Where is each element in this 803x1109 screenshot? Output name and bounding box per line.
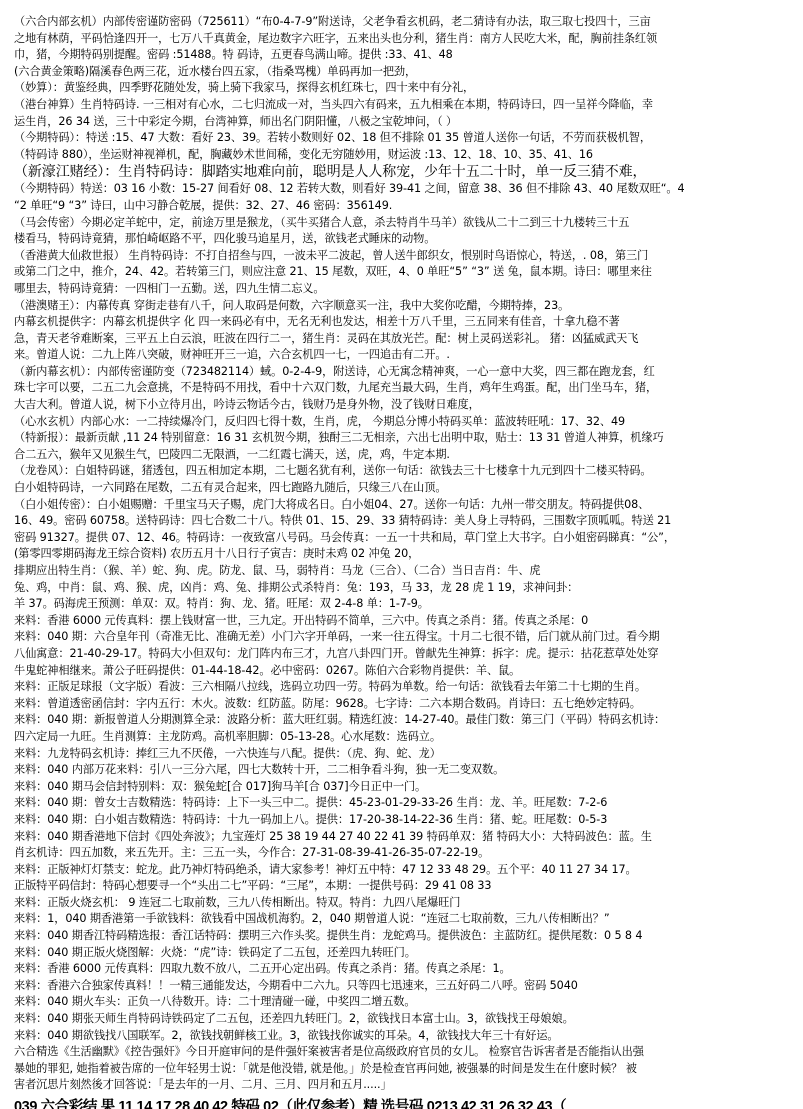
text-line: 八仙寓意：21-40-29-17。特码大小但双句：龙门阵内布三才，九宫八卦四门开…	[14, 646, 795, 663]
text-line: （香港黄大仙救世报） 生肖特码诗：不打自招叁与四，一波未平二波起，曾人送牛郎织女…	[14, 248, 795, 265]
text-line: （港澳赌王）：内幕传真 穿街走巷有八千，问人取码是何数，六字顺意买一注，我中大奖…	[14, 298, 795, 315]
text-line: （心水玄机）内部心水：一二持续爆冷门，反归四七得十数，生肖，虎， 今期总分博小特…	[14, 414, 795, 431]
text-line: （妙算）：黄鉴经典，四季野花随处发，骑上骑下我家马，探得玄机红珠七，四十来中有分…	[14, 80, 795, 97]
text-line: 来料：040 期火车头：正负一八待数开。诗：二十理清碰一碰，中奖四二增五数。	[14, 994, 795, 1011]
text-line: 来料：1，040 期香港第一手欲钱料：欲钱看中国战机海豹。2，040 期曾道人说…	[14, 911, 795, 928]
text-line: 来料：040 期马会信封特别料：双：猴兔蛇[合 017]狗马羊[合 037]今日…	[14, 779, 795, 796]
text-line: 急，青天老爷难断案，三平五上白云浪，旺波在四行二一，猪生肖：灵码在其放光芒。配：…	[14, 331, 795, 348]
text-line: 兔、鸡，中肖：鼠、鸡、猴、虎，凶肖：鸡、兔、排期公式杀特肖：兔：193，马 33…	[14, 580, 795, 597]
text-line: 来料：正版火烧玄机： 9 连冠二七取前数，三九八传相断出。特双。特肖：九四八尾爆…	[14, 895, 795, 912]
document-page: （六合内部玄机）内部传密谨防密码（725611）“布0-4-7-9”附送诗，父老…	[0, 0, 803, 1109]
text-line: 合二五六，猴年又见猴生气，巴陵四二无限酒，一二红霞七满天，送，虎，鸡，牛定本期.	[14, 447, 795, 464]
text-line: 巾，猪，今期特码别提醒。密码 :51488。特 码诗，五更春鸟满山啼。提供 :3…	[14, 47, 795, 64]
text-line: （六合内部玄机）内部传密谨防密码（725611）“布0-4-7-9”附送诗，父老…	[14, 14, 795, 31]
text-line: （白小姐传密）：白小姐赐赠：千里宝马天子赐，虎门大将成名日。白小姐04、27。送…	[14, 497, 795, 514]
text-line: （今期特码）特送：03 16 小数：15-27 间看好 08、12 若转大数，则…	[14, 181, 795, 198]
text-line: 内幕玄机提供字：内幕玄机提供字 化 四一来码必有中，无名无利也发达，相差十万八千…	[14, 314, 795, 331]
text-line: 牛鬼蛇神相继来。萧公子旺码提供：01-44-18-42。必中密码：0267。陈伯…	[14, 663, 795, 680]
text-line: 来料：香港 6000 元传真料：四取九数不放八，二五开心定出码。传真之杀肖：猪。…	[14, 961, 795, 978]
text-line: （特新报）：最新贡献 ,11 24 特别留意：16 31 玄机贺今期，独酎三二无…	[14, 430, 795, 447]
text-line: 来料：040 期香港地下信封《四处奔波》；九宝莲灯 25 38 19 44 27…	[14, 829, 795, 846]
text-line: （马会传密）今期必定羊蛇中，定，前途万里是猴龙，（买牛买猪合人意，杀去特肖牛马羊…	[14, 215, 795, 232]
text-line: 珠七字可以要，二五二九会意挑，不是特码不用找，看中十六双门数，九尾充当最大码，生…	[14, 380, 795, 397]
text-line: 六合精选《生活幽默》《控告强奸》今日开庭审问的是件强奸案被害者是位高级政府官员的…	[14, 1044, 795, 1061]
text-line: 来料：040 期香江特码精选报：香江话特码：摆明三六作头奖。提供生肖：龙蛇鸡马。…	[14, 928, 795, 945]
text-line: 来料：040 期：白小姐吉数精选：特码诗：十九一码加上八。提供：17-20-38…	[14, 812, 795, 829]
text-line: （新内幕玄机）：内部传密谨防变（723482114）蜮。0-2-4-9，附送诗，…	[14, 364, 795, 381]
text-line: 来。曾道人说：二九上阵八突破，财神旺开三一追，六合玄机四一七，一四追击有二开。.	[14, 347, 795, 364]
text-line: 来料：040 期张天师生肖特码诗铁码定了二五包，还差四九转旺门。2，欲钱找日本富…	[14, 1011, 795, 1028]
text-line: 四六定局一九旺。生肖测算：主龙防鸡。高机率胆脚：05-13-28。心水尾数：选码…	[14, 729, 795, 746]
text-line: 来料：040 内部万花来料：引八一三分六尾，四七大数转十开，二二相争看斗狗，独一…	[14, 762, 795, 779]
text-line: 正版特平码信封：特码心想要寻一个“头出二七”平码：“三尾”，本期：一提供号码：2…	[14, 878, 795, 895]
text-line: （龙卷风）：白姐特码谜，猪透包，四五相加定本期，二七题名犹有利，送你一句话：欲钱…	[14, 463, 795, 480]
text-line: 来料：香港六合独家传真料！！一精三通能发达，今期看中二六九。只等四七迅速来，三五…	[14, 978, 795, 995]
text-line: 来料：曾道透密函信封：字内五行：木火。波数：红防蓝。防尾：9628。七字诗：二六…	[14, 696, 795, 713]
document-body: （六合内部玄机）内部传密谨防密码（725611）“布0-4-7-9”附送诗，父老…	[14, 14, 795, 1094]
text-line: （今期特码）：特送 :15、47 大数：看好 23、39。若转小数则好 02、1…	[14, 130, 795, 147]
text-line: (第零四零期码海龙王综合资料) 农历五月十八日行子寅吉：庚时未鸡 02 冲兔 2…	[14, 546, 795, 563]
text-line: 肖玄机诗：四五加数，来五先开。主：三五一头，今作合：27-31-08-39-41…	[14, 845, 795, 862]
text-line: 来料：香港 6000 元传真料：摆上钱财富一世，三九定。开出特码不简单，三六中。…	[14, 613, 795, 630]
text-line: 来料：正版神灯灯禁支：蛇龙。此乃神灯特码绝杀，请大家参考！神灯五中特：47 12…	[14, 862, 795, 879]
text-line: 楼看马，特码诗竟猜，那怕崎岖路不平，四化骏马追星月，送，欲钱老式睡床的动物。	[14, 231, 795, 248]
text-line: 排期应出特生肖：（猴、羊）蛇、狗、虎。防龙、鼠、马，弱特肖：马龙（三合）、（二合…	[14, 563, 795, 580]
text-line: 害者沉思片刻然後才回答说：「是去年的一月、二月、三月、四月和五月.....」	[14, 1077, 795, 1094]
text-line: (六合黄金策略)隔溪春色两三花，近水楼台四五家，（指桑骂槐）单码再加一把劲，	[14, 64, 795, 81]
text-line: 来料：040 期：曾女士吉数精选：特码诗：上下一头三中二。提供：45-23-01…	[14, 795, 795, 812]
text-line: 密码 91327。提供 07、12、46。特码诗：一夜致富八号码。马会传真：一五…	[14, 530, 795, 547]
text-line: 来料：040 期：六合皇年刊（奇准无比、准确无差）小门六字开单码，一来一往五得宝…	[14, 629, 795, 646]
text-line: 来料：040 期欲钱找八国联军。2，欲钱找朝鲜核工业。3，欲钱找你诚实的耳朵。4…	[14, 1028, 795, 1045]
text-line: 羊 37。码海虎王预测：单双：双。特肖：狗、龙、猪。旺尾：双 2-4-8 单：1…	[14, 596, 795, 613]
text-line: 之地有林荫，平码恰逢四开一，七万八千真黄金，尾边数字六旺字，五来出头也分利，猪生…	[14, 31, 795, 48]
text-line: 白小姐特码诗，一六同路在尾数，二五有灵合起来，四七跑路九随后，只缘三八在山顶。	[14, 480, 795, 497]
text-line: 来料：九龙特码玄机诗：捧红三九不厌倦，一六快连与八配。提供：（虎、狗、蛇、龙）	[14, 746, 795, 763]
text-line: （新濠江赌经）：生肖特码诗：脚踏实地难向前，聪明是人人称宠，少年十五二十时，单一…	[14, 163, 795, 181]
text-line: “2 单旺“9 “3” 诗曰，山中习静合乾展，提供：32、27、46 密码：35…	[14, 198, 795, 215]
text-line: 运生肖，26 34 送，三十中彩定今期，台湾神算，师出名门阴阳懂，八极之宝乾坤问…	[14, 114, 795, 131]
text-line: 来料：040 期正版火烧图解：火烧：“虎”诗：铁码定了二五包，还差四九转旺门。	[14, 945, 795, 962]
text-line: 暴她的罪犯, 她指着被告席的一位年轻男士说：「就是他没错, 就是他。」於是检查官…	[14, 1061, 795, 1078]
text-line: 哪里去，特码诗竟猜：一四相门一五勤。送，四九生情二忘义。	[14, 281, 795, 298]
text-line: 大吉大利。曾道人说，树下小立待月出，吟诗云物话今古，钱财乃是身外物，没了钱财日难…	[14, 397, 795, 414]
results-footer: 039 六合彩结 果 11 14 17 28 40 42 特码 02（此仅参考）…	[14, 1098, 795, 1109]
text-line: 16、49。密码 60758。送特码诗：四七合数二十八。特供 01、15、29、…	[14, 513, 795, 530]
text-line: （特码诗 880），坐运财神视禅机，配，胸藏妙术世间稀，变化无穷随妙用，财运波 …	[14, 147, 795, 164]
text-line: （港台神算）生肖特码诗. 一三相对有心水，二七归流成一对，当头四六有码来，五九相…	[14, 97, 795, 114]
text-line: 来料：040 期：新报曾道人分期测算全录：波路分析：蓝大旺红弱。精选红波：14-…	[14, 712, 795, 729]
text-line: 来料：正版足球报（文字版）看波：三六相隔八拉线，选码立功四一劳。特码为单数。给一…	[14, 679, 795, 696]
text-line: 或第二门之中，推介，24、42。若转第三门，则应注意 21、15 尾数，双旺，4…	[14, 264, 795, 281]
